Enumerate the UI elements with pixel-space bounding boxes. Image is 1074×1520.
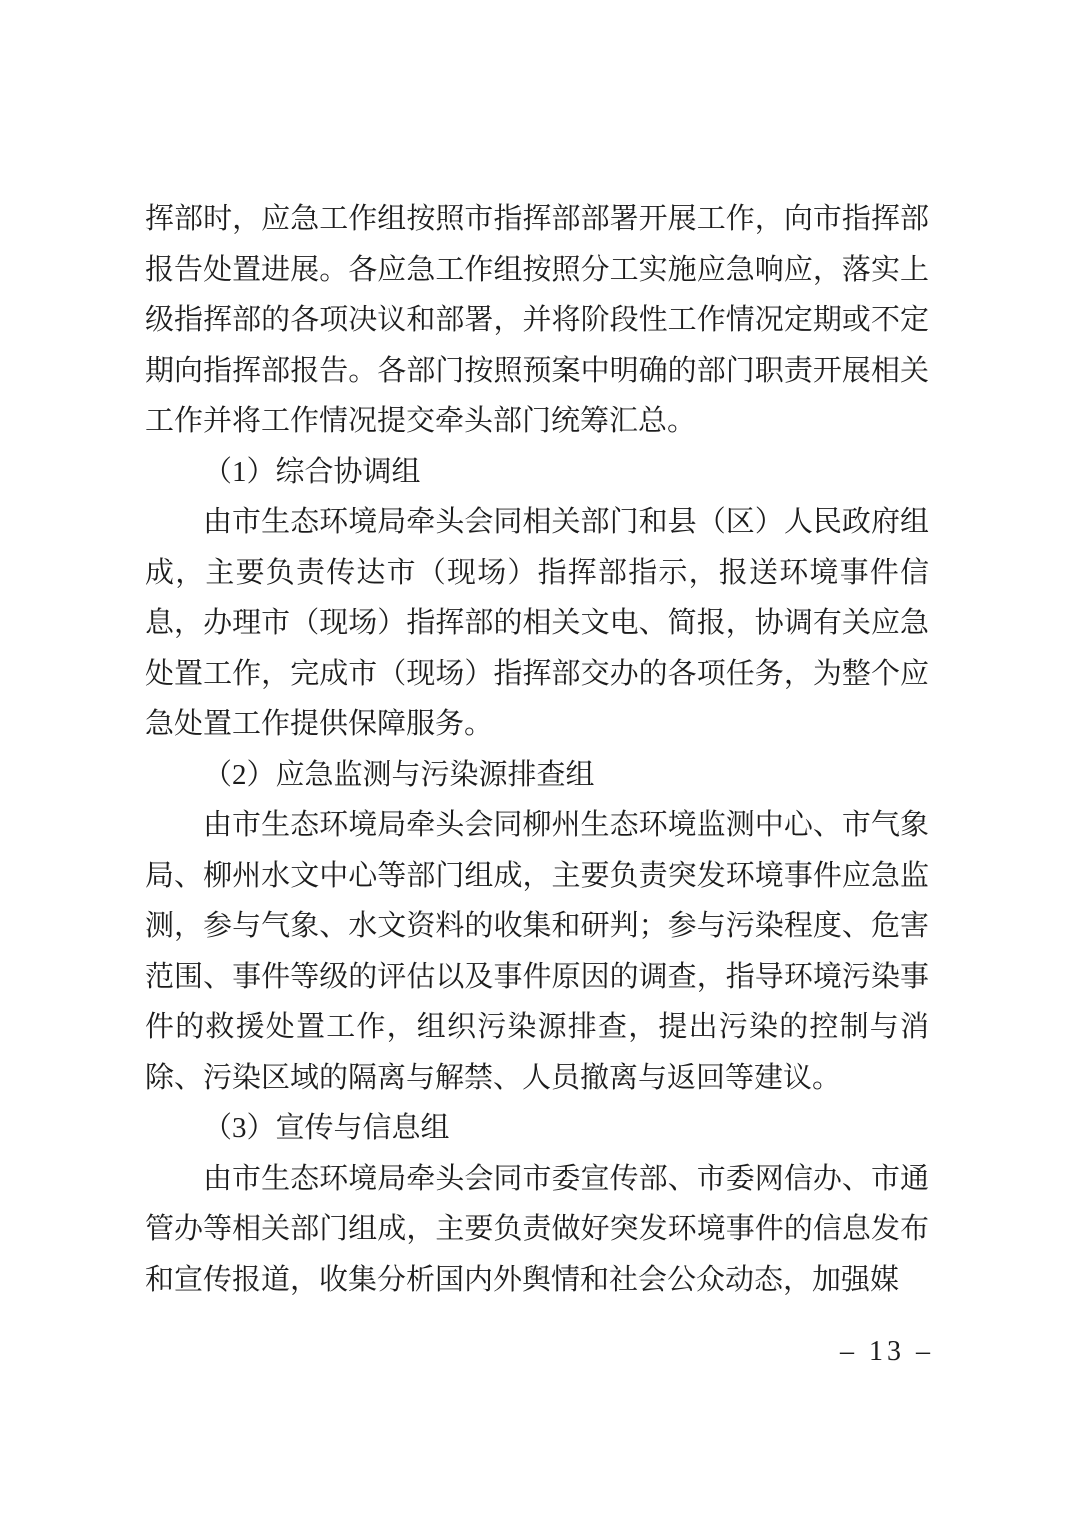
section-heading-1: （1）综合协调组 — [145, 447, 929, 498]
paragraph-monitoring-group: 由市生态环境局牵头会同柳州生态环境监测中心、市气象局、柳州水文中心等部门组成，主… — [145, 800, 929, 1103]
section-heading-3: （3）宣传与信息组 — [145, 1103, 929, 1154]
section-heading-2: （2）应急监测与污染源排查组 — [145, 750, 929, 801]
paragraph-publicity-group: 由市生态环境局牵头会同市委宣传部、市委网信办、市通管办等相关部门组成，主要负责做… — [145, 1154, 929, 1306]
paragraph-coordination-group: 由市生态环境局牵头会同相关部门和县（区）人民政府组成，主要负责传达市（现场）指挥… — [145, 497, 929, 750]
document-body: 挥部时，应急工作组按照市指挥部部署开展工作，向市指挥部报告处置进展。各应急工作组… — [145, 194, 929, 1305]
paragraph-continuation: 挥部时，应急工作组按照市指挥部部署开展工作，向市指挥部报告处置进展。各应急工作组… — [145, 194, 929, 447]
document-page: 挥部时，应急工作组按照市指挥部部署开展工作，向市指挥部报告处置进展。各应急工作组… — [0, 0, 1074, 1520]
page-number: – 13 – — [840, 1334, 934, 1370]
